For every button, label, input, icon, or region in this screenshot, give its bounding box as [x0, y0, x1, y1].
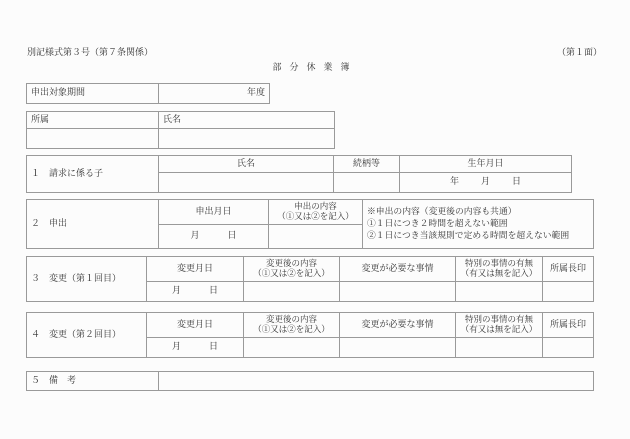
relationship-field[interactable] [334, 173, 400, 193]
request-month-label: 月 [190, 231, 199, 241]
change2-content-header-line2: （①又は②を記入） [248, 325, 335, 335]
change2-special-field[interactable] [456, 338, 543, 358]
change1-special-header-line2: （有又は無を記入） [460, 269, 538, 279]
birthdate-day-label: 日 [512, 177, 521, 187]
change1-special-header: 特別の事情の有無 （有又は無を記入） [456, 257, 543, 282]
section3-change1-table: ３ 変更（第１回目） 変更月日 変更後の内容 （①又は②を記入） 変更が必要な事… [26, 256, 594, 302]
request-content-header-line1: 申出の内容 [273, 202, 358, 212]
change1-reason-header: 変更が必要な事情 [340, 257, 456, 282]
request-date-header: 申出月日 [159, 200, 269, 225]
name-field[interactable] [159, 129, 335, 149]
period-year-suffix: 年度 [247, 88, 265, 98]
change1-special-header-line1: 特別の事情の有無 [460, 259, 538, 269]
remarks-field[interactable] [159, 372, 594, 391]
affiliation-field[interactable] [27, 129, 159, 149]
page-number: （第１面） [557, 45, 602, 58]
change2-reason-header: 変更が必要な事情 [340, 313, 456, 338]
birthdate-month-label: 月 [481, 177, 490, 187]
change2-seal-header: 所属長印 [543, 313, 594, 338]
change1-content-header-line1: 変更後の内容 [248, 259, 335, 269]
change1-date-header: 変更月日 [147, 257, 244, 282]
change2-date-header: 変更月日 [147, 313, 244, 338]
change1-seal-header: 所属長印 [543, 257, 594, 282]
change2-special-header-line2: （有又は無を記入） [460, 325, 538, 335]
change2-date-field[interactable]: 月日 [147, 338, 244, 358]
change2-content-header: 変更後の内容 （①又は②を記入） [244, 313, 340, 338]
request-day-label: 日 [228, 231, 237, 241]
name-header: 氏名 [159, 112, 335, 129]
change2-reason-field[interactable] [340, 338, 456, 358]
note-line-3: ②１日につき当該規則で定める時間を超えない範囲 [367, 230, 589, 242]
affiliation-header: 所属 [27, 112, 159, 129]
child-name-header: 氏名 [159, 156, 334, 173]
period-year-field[interactable]: 年度 [159, 84, 270, 104]
section1-child-table: １ 請求に係る子 氏名 続柄等 生年月日 年月日 [26, 155, 572, 193]
request-content-notes: ※申出の内容（変更後の内容も共通） ①１日につき２時間を超えない範囲 ②１日につ… [363, 200, 594, 249]
change1-day-label: 日 [209, 286, 218, 296]
change1-seal-field[interactable] [543, 282, 594, 302]
change1-date-field[interactable]: 月日 [147, 282, 244, 302]
change1-content-field[interactable] [244, 282, 340, 302]
section3-label: ３ 変更（第１回目） [27, 257, 147, 302]
period-table: 申出対象期間 年度 [26, 83, 270, 104]
change2-day-label: 日 [209, 342, 218, 352]
note-line-2: ①１日につき２時間を超えない範囲 [367, 218, 589, 230]
change1-reason-field[interactable] [340, 282, 456, 302]
change1-content-header-line2: （①又は②を記入） [248, 269, 335, 279]
birthdate-field[interactable]: 年月日 [400, 173, 572, 193]
change2-seal-field[interactable] [543, 338, 594, 358]
child-name-field[interactable] [159, 173, 334, 193]
period-label: 申出対象期間 [27, 84, 159, 104]
section1-label: １ 請求に係る子 [27, 156, 159, 193]
request-content-header-line2: （①又は②を記入） [273, 212, 358, 222]
request-content-field[interactable] [269, 225, 363, 249]
note-line-1: ※申出の内容（変更後の内容も共通） [367, 206, 589, 218]
change2-month-label: 月 [172, 342, 181, 352]
section4-label: ４ 変更（第２回目） [27, 313, 147, 358]
change2-content-field[interactable] [244, 338, 340, 358]
change1-month-label: 月 [172, 286, 181, 296]
birthdate-header: 生年月日 [400, 156, 572, 173]
change1-special-field[interactable] [456, 282, 543, 302]
change1-content-header: 変更後の内容 （①又は②を記入） [244, 257, 340, 282]
change2-special-header: 特別の事情の有無 （有又は無を記入） [456, 313, 543, 338]
section5-remarks-table: ５ 備 考 [26, 371, 594, 391]
change2-content-header-line1: 変更後の内容 [248, 315, 335, 325]
section5-label: ５ 備 考 [27, 372, 159, 391]
form-identifier: 別記様式第３号（第７条関係） [27, 45, 153, 58]
relationship-header: 続柄等 [334, 156, 400, 173]
affiliation-table: 所属 氏名 [26, 111, 335, 149]
birthdate-year-label: 年 [450, 177, 459, 187]
request-date-field[interactable]: 月日 [159, 225, 269, 249]
section2-label: ２ 申出 [27, 200, 159, 249]
section4-change2-table: ４ 変更（第２回目） 変更月日 変更後の内容 （①又は②を記入） 変更が必要な事… [26, 312, 594, 358]
change2-special-header-line1: 特別の事情の有無 [460, 315, 538, 325]
document-title: 部分休業簿 [0, 60, 630, 73]
section2-request-table: ２ 申出 申出月日 申出の内容 （①又は②を記入） ※申出の内容（変更後の内容も… [26, 199, 594, 249]
request-content-header: 申出の内容 （①又は②を記入） [269, 200, 363, 225]
